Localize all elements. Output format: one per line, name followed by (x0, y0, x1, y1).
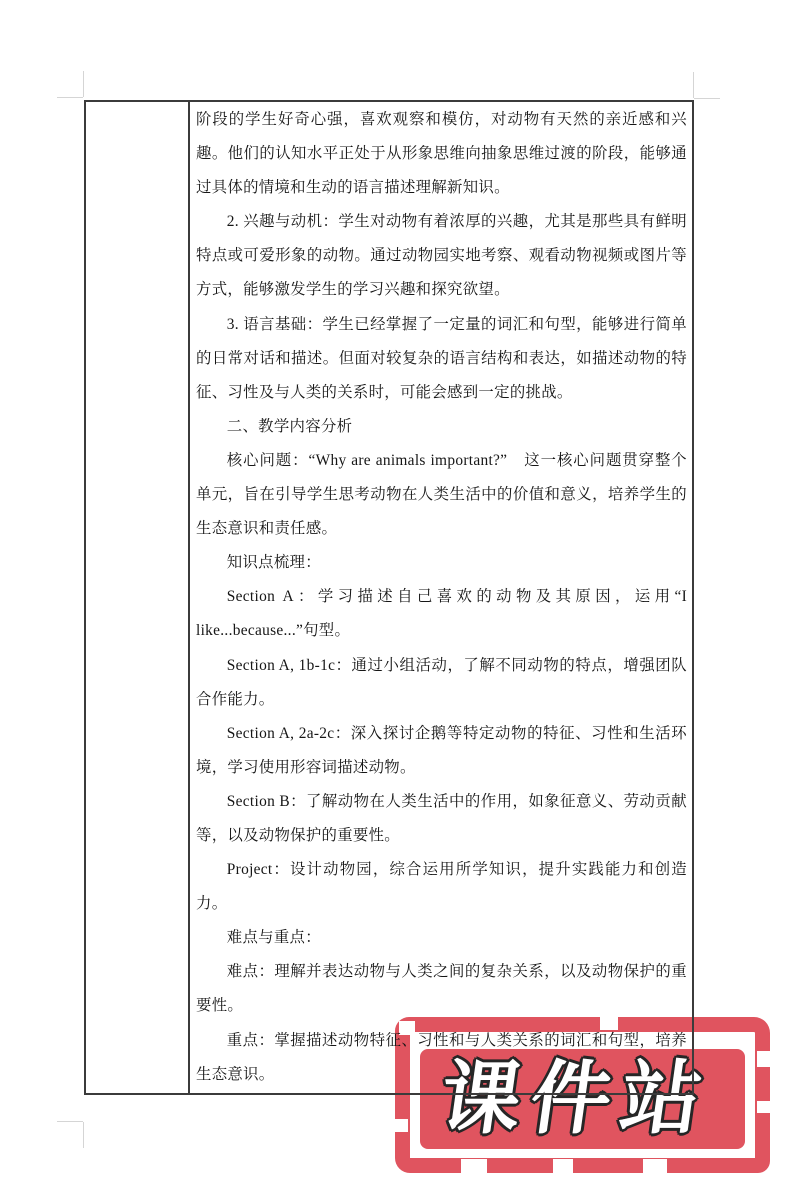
text-boundary-mark-top-right-h (694, 98, 720, 99)
stamp-frame-break (461, 1159, 487, 1173)
text-boundary-mark-top-left-v (83, 71, 84, 97)
paragraph: 难点：理解并表达动物与人类之间的复杂关系，以及动物保护的重要性。 (196, 955, 687, 1023)
paragraph: 二、教学内容分析 (196, 410, 687, 444)
paragraph: 2. 兴趣与动机：学生对动物有着浓厚的兴趣，尤其是那些具有鲜明特点或可爱形象的动… (196, 205, 687, 307)
paragraph: 知识点梳理： (196, 546, 687, 580)
paragraph: 3. 语言基础：学生已经掌握了一定量的词汇和句型，能够进行简单的日常对话和描述。… (196, 308, 687, 410)
text-boundary-mark-top-right-v (693, 72, 694, 98)
stamp-frame-break (553, 1159, 573, 1173)
stamp-frame-break (643, 1159, 667, 1173)
paragraph: 核心问题：“Why are animals important?” 这一核心问题… (196, 444, 687, 546)
lesson-plan-table: 阶段的学生好奇心强，喜欢观察和模仿，对动物有天然的亲近感和兴趣。他们的认知水平正… (84, 100, 694, 1095)
paragraph: 难点与重点： (196, 921, 687, 955)
paragraph: 阶段的学生好奇心强，喜欢观察和模仿，对动物有天然的亲近感和兴趣。他们的认知水平正… (196, 103, 687, 205)
document-page: 课件站 阶段的学生好奇心强，喜欢观察和模仿，对动物有天然的亲近感和兴趣。他们的认… (0, 0, 800, 1200)
paragraph: Section A, 2a-2c：深入探讨企鹅等特定动物的特征、习性和生活环境，… (196, 717, 687, 785)
text-boundary-mark-top-left-h (57, 97, 83, 98)
paragraph: Section A, 1b-1c：通过小组活动，了解不同动物的特点，增强团队合作… (196, 649, 687, 717)
paragraph: Project：设计动物园，综合运用所学知识，提升实践能力和创造力。 (196, 853, 687, 921)
paragraph: Section A：学习描述自己喜欢的动物及其原因，运用“I like...be… (196, 580, 687, 648)
stamp-frame-break (757, 1051, 770, 1067)
text-boundary-mark-bottom-left-v (83, 1122, 84, 1148)
table-cell-content[interactable]: 阶段的学生好奇心强，喜欢观察和模仿，对动物有天然的亲近感和兴趣。他们的认知水平正… (190, 102, 692, 1093)
stamp-frame-break (757, 1101, 770, 1113)
paragraph: 重点：掌握描述动物特征、习性和与人类关系的词汇和句型，培养生态意识。 (196, 1024, 687, 1092)
text-boundary-mark-bottom-left-h (57, 1121, 83, 1122)
paragraph: 三、学情预测与应对策略 (196, 1092, 687, 1093)
table-cell-left[interactable] (86, 102, 190, 1093)
stamp-frame-break (395, 1119, 408, 1132)
paragraph: Section B：了解动物在人类生活中的作用，如象征意义、劳动贡献等，以及动物… (196, 785, 687, 853)
